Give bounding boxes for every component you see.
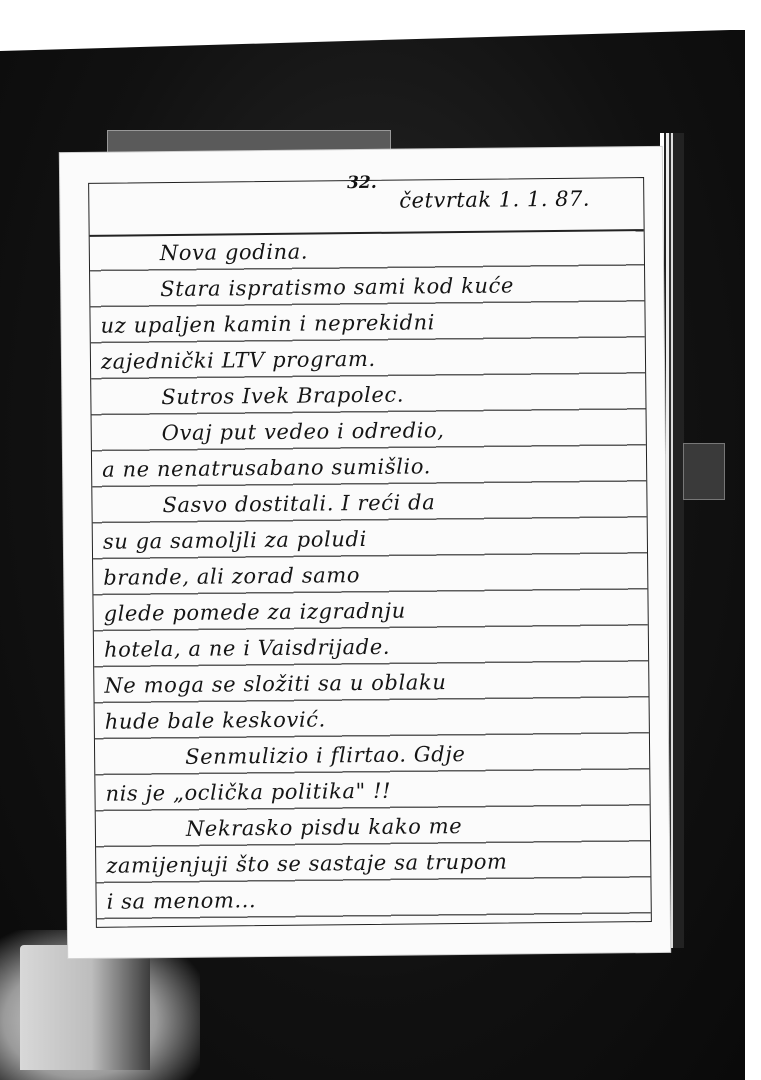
- handwritten-line: brande, ali zorad samo: [93, 554, 647, 596]
- folder-flap: [20, 945, 150, 1070]
- handwritten-line: Sutros Ivek Brapolec.: [91, 374, 645, 416]
- handwritten-line: Sasvo dostitali. I reći da: [92, 482, 646, 524]
- page-clip-marker: [683, 443, 725, 500]
- handwritten-text-block: Nova godina.Stara ispratismo sami kod ku…: [90, 230, 652, 956]
- handwritten-line: Nova godina.: [90, 230, 644, 272]
- handwritten-line: Ovaj put vedeo i odredio,: [92, 410, 646, 452]
- notebook-page: 32. četvrtak 1. 1. 87. Nova godina.Stara…: [60, 147, 670, 958]
- handwritten-line: Senmulizio i flirtao. Gdje: [95, 734, 649, 776]
- page-number: 32.: [347, 173, 377, 193]
- handwritten-line: a ne nenatrusabano sumišlio.: [92, 446, 646, 488]
- handwritten-line: uz upaljen kamin i neprekidni: [90, 302, 644, 344]
- handwritten-line: Stara ispratismo sami kod kuće: [90, 266, 644, 308]
- handwritten-line: glede pomede za izgradnju: [93, 590, 647, 632]
- handwritten-line: Ne moga se složiti sa u oblaku: [94, 662, 648, 704]
- handwritten-line: nis je „oclička politika" !!: [95, 770, 649, 812]
- handwritten-line: hotela, a ne i Vaisdrijade.: [94, 626, 648, 668]
- ruled-frame: 32. četvrtak 1. 1. 87. Nova godina.Stara…: [88, 177, 652, 928]
- handwritten-line: su ga samoljli za poludi: [93, 518, 647, 560]
- handwritten-line: zajednički LTV program.: [91, 338, 645, 380]
- handwritten-line: zamijenjuji što se sastaje sa trupom: [96, 842, 650, 884]
- entry-date: četvrtak 1. 1. 87.: [399, 187, 590, 213]
- handwritten-line: i sa menom...: [96, 878, 650, 920]
- handwritten-line: Nekrasko pisdu kako me: [96, 806, 650, 848]
- handwritten-line: hude bale kesković.: [95, 698, 649, 740]
- photocopy-scan: 32. četvrtak 1. 1. 87. Nova godina.Stara…: [0, 0, 761, 1080]
- handwritten-line: [97, 914, 651, 956]
